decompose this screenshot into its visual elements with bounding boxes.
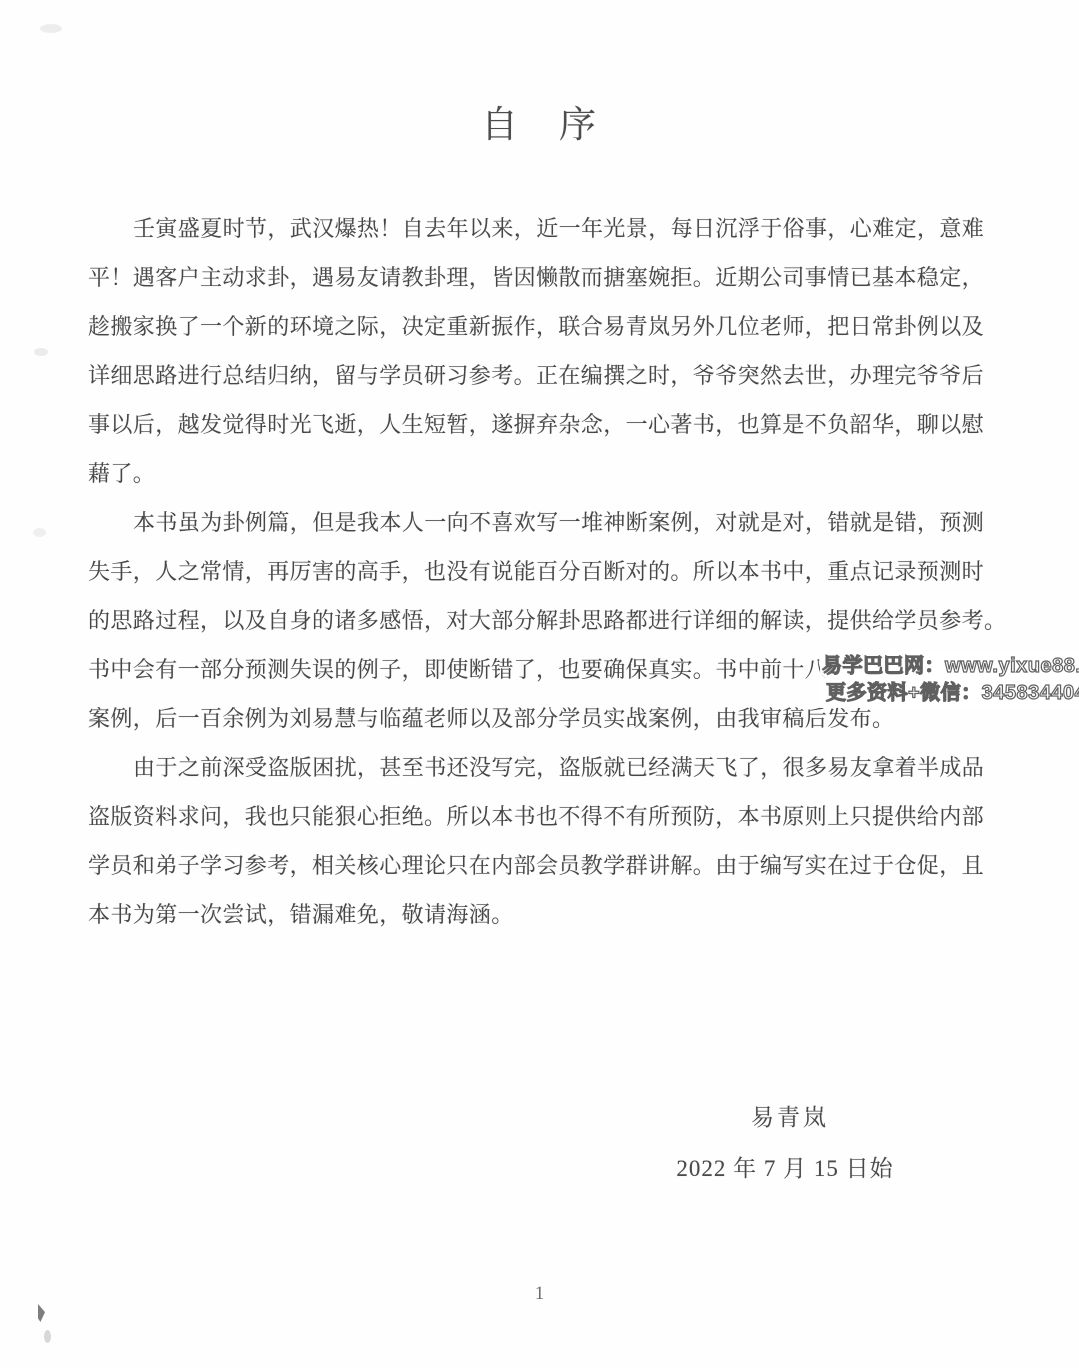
scan-artifact	[33, 528, 46, 537]
text-line: 事以后，越发觉得时光飞逝，人生短暂，遂摒弃杂念，一心著书，也算是不负韶华，聊以慰	[88, 400, 993, 449]
text-line: 本书虽为卦例篇，但是我本人一向不喜欢写一堆神断案例，对就是对，错就是错，预测	[88, 498, 993, 547]
text-line: 盗版资料求问，我也只能狠心拒绝。所以本书也不得不有所预防，本书原则上只提供给内部	[88, 792, 993, 841]
document-title: 自 序	[0, 94, 1079, 148]
scan-artifact	[34, 348, 48, 356]
scan-artifact	[38, 1304, 45, 1322]
text-line: 趁搬家换了一个新的环境之际，决定重新振作，联合易青岚另外几位老师，把日常卦例以及	[88, 302, 993, 351]
date-line: 2022 年 7 月 15 日始	[585, 1150, 985, 1183]
text-line: 由于之前深受盗版困扰，甚至书还没写完，盗版就已经满天飞了，很多易友拿着半成品	[88, 743, 993, 792]
text-line: 壬寅盛夏时节，武汉爆热！自去年以来，近一年光景，每日沉浮于俗事，心难定，意难	[88, 204, 993, 253]
author-signature: 易青岚	[590, 1099, 990, 1132]
text-line: 详细思路进行总结归纳，留与学员研习参考。正在编撰之时，爷爷突然去世，办理完爷爷后	[88, 351, 993, 400]
scan-artifact	[40, 24, 62, 33]
watermark-line-contact: 更多资料+微信：3458344044	[826, 680, 1079, 707]
text-line: 失手，人之常情，再厉害的高手，也没有说能百分百断对的。所以本书中，重点记录预测时	[88, 547, 993, 596]
watermark-line-url: 易学巴巴网：www.yixue88.cn	[822, 653, 1079, 680]
scan-artifact	[44, 1330, 51, 1343]
text-line: 平！遇客户主动求卦，遇易友请教卦理，皆因懒散而搪塞婉拒。近期公司事情已基本稳定，	[88, 253, 993, 302]
text-line: 学员和弟子学习参考，相关核心理论只在内部会员教学群讲解。由于编写实在过于仓促，且	[88, 841, 993, 890]
text-line: 的思路过程，以及自身的诸多感悟，对大部分解卦思路都进行详细的解读，提供给学员参考…	[88, 596, 993, 645]
site-watermark: 易学巴巴网：www.yixue88.cn 更多资料+微信：3458344044	[820, 652, 1079, 708]
scanned-document-page: 自 序 壬寅盛夏时节，武汉爆热！自去年以来，近一年光景，每日沉浮于俗事，心难定，…	[0, 0, 1079, 1368]
document-body: 壬寅盛夏时节，武汉爆热！自去年以来，近一年光景，每日沉浮于俗事，心难定，意难 平…	[88, 204, 993, 939]
page-number: 1	[0, 1283, 1079, 1305]
text-line: 本书为第一次尝试，错漏难免，敬请海涵。	[88, 890, 993, 939]
text-line: 藉了。	[88, 449, 993, 498]
